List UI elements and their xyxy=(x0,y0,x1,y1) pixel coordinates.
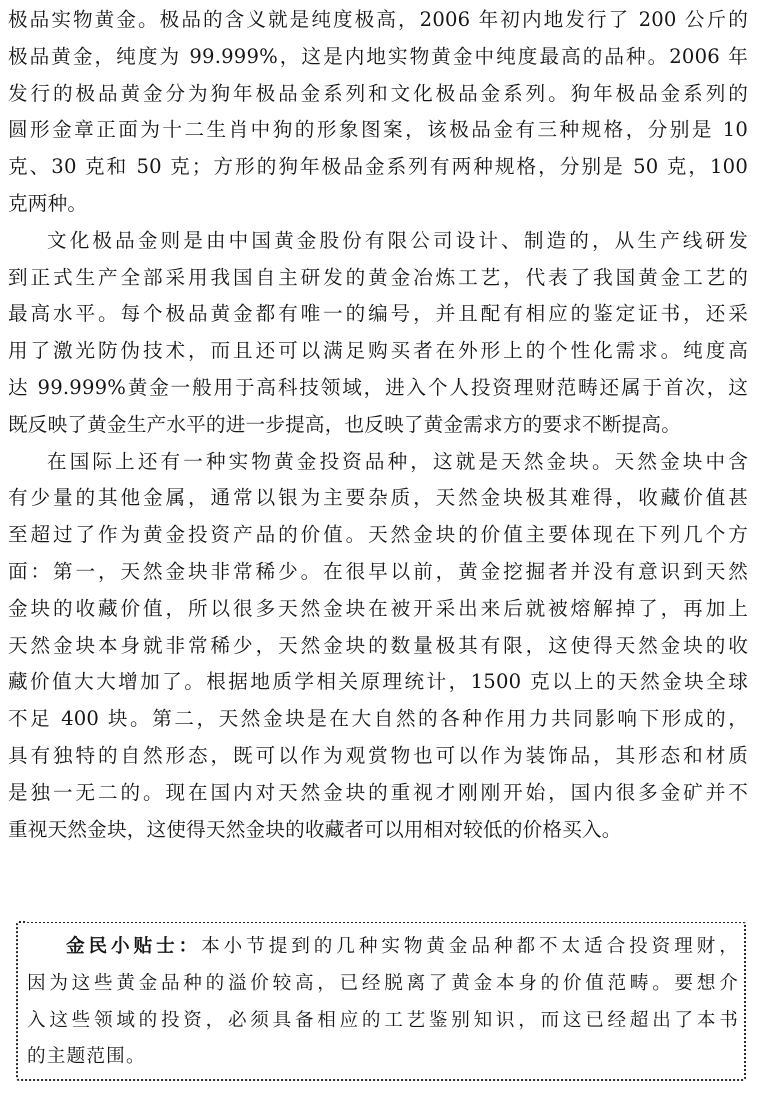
paragraph-natural-nuggets: 在国际上还有一种实物黄金投资品种，这就是天然金块。天然金块中含 有少量的其他金属… xyxy=(8,444,748,849)
text-line: 具有独特的自然形态，既可以作为观赏物也可以作为装饰品，其形态和材质 xyxy=(8,738,748,775)
tip-first-line: 金民小贴士：本小节提到的几种实物黄金品种都不太适合投资理财， xyxy=(27,929,739,966)
text-line: 面：第一，天然金块非常稀少。在很早以前，黄金挖掘者并没有意识到天然 xyxy=(8,554,748,591)
paragraph-jipin-gold: 极品实物黄金。极品的含义就是纯度极高，2006 年初内地发行了 200 公斤的 … xyxy=(8,2,748,223)
text-line: 有少量的其他金属，通常以银为主要杂质，天然金块极其难得，收藏价值甚 xyxy=(8,480,748,517)
book-page: 极品实物黄金。极品的含义就是纯度极高，2006 年初内地发行了 200 公斤的 … xyxy=(0,0,758,1093)
text-line: 文化极品金则是由中国黄金股份有限公司设计、制造的，从生产线研发 xyxy=(8,223,748,260)
paragraph-culture-gold: 文化极品金则是由中国黄金股份有限公司设计、制造的，从生产线研发 到正式生产全部采… xyxy=(8,223,748,444)
text-line: 天然金块本身就非常稀少，天然金块的数量极其有限，这使得天然金块的收 xyxy=(8,628,748,665)
tip-text-line: 本小节提到的几种实物黄金品种都不太适合投资理财， xyxy=(201,936,739,957)
tip-text-line: 的主题范围。 xyxy=(27,1039,739,1076)
tip-text-line: 因为这些黄金品种的溢价较高，已经脱离了黄金本身的价值范畴。要想介 xyxy=(27,966,739,1003)
text-line: 达 99.999%黄金一般用于高科技领域，进入个人投资理财范畴还属于首次，这 xyxy=(8,370,748,407)
text-line: 是独一无二的。现在国内对天然金块的重视才刚刚开始，国内很多金矿并不 xyxy=(8,775,748,812)
body-text: 极品实物黄金。极品的含义就是纯度极高，2006 年初内地发行了 200 公斤的 … xyxy=(8,2,748,848)
text-line: 金块的收藏价值，所以很多天然金块在被开采出来后就被熔解掉了，再加上 xyxy=(8,591,748,628)
text-line: 不足 400 块。第二，天然金块是在大自然的各种作用力共同影响下形成的， xyxy=(8,701,748,738)
tip-title-colon: ： xyxy=(179,936,202,957)
text-line: 克、30 克和 50 克；方形的狗年极品金系列有两种规格，分别是 50 克，10… xyxy=(8,149,748,186)
text-line: 极品黄金，纯度为 99.999%，这是内地实物黄金中纯度最高的品种。2006 年 xyxy=(8,39,748,76)
text-line: 用了激光防伪技术，而且还可以满足购买者在外形上的个性化需求。纯度高 xyxy=(8,333,748,370)
text-line: 克两种。 xyxy=(8,186,748,223)
text-line: 至超过了作为黄金投资产品的价值。天然金块的价值主要体现在下列几个方 xyxy=(8,517,748,554)
tip-box: 金民小贴士：本小节提到的几种实物黄金品种都不太适合投资理财， 因为这些黄金品种的… xyxy=(27,929,739,1076)
text-line: 最高水平。每个极品黄金都有唯一的编号，并且配有相应的鉴定证书，还采 xyxy=(8,296,748,333)
tip-title: 金民小贴士 xyxy=(66,936,179,957)
text-line: 极品实物黄金。极品的含义就是纯度极高，2006 年初内地发行了 200 公斤的 xyxy=(8,2,748,39)
text-line: 藏价值大大增加了。根据地质学相关原理统计，1500 克以上的天然金块全球 xyxy=(8,664,748,701)
text-line: 既反映了黄金生产水平的进一步提高，也反映了黄金需求方的要求不断提高。 xyxy=(8,407,748,444)
tip-text-line: 入这些领域的投资，必须具备相应的工艺鉴别知识，而这已经超出了本书 xyxy=(27,1003,739,1040)
text-line: 到正式生产全部采用我国自主研发的黄金冶炼工艺，代表了我国黄金工艺的 xyxy=(8,260,748,297)
text-line: 发行的极品黄金分为狗年极品金系列和文化极品金系列。狗年极品金系列的 xyxy=(8,76,748,113)
text-line: 圆形金章正面为十二生肖中狗的形象图案，该极品金有三种规格，分别是 10 xyxy=(8,112,748,149)
text-line: 在国际上还有一种实物黄金投资品种，这就是天然金块。天然金块中含 xyxy=(8,444,748,481)
text-line: 重视天然金块，这使得天然金块的收藏者可以用相对较低的价格买入。 xyxy=(8,812,748,849)
